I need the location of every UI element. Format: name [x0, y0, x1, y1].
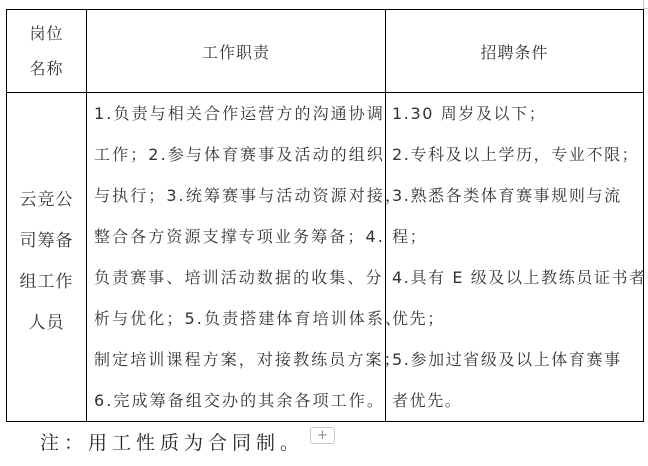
duties-line: 与执行；3.统筹赛事与活动资源对接，: [94, 175, 381, 216]
position-name-line: 云竞公: [7, 180, 86, 221]
position-name-line: 司筹备: [7, 221, 86, 262]
requirements-line: 程；: [392, 216, 639, 257]
header-position-line2: 名称: [29, 59, 63, 78]
position-name-line: 组工作: [7, 262, 86, 303]
requirements-line: 1.30 周岁及以下；: [392, 93, 639, 134]
table-header-row: 岗位 名称 工作职责 招聘条件: [7, 10, 644, 93]
table-row: 云竞公 司筹备 组工作 人员 1.负责与相关合作运营方的沟通协调 工作；2.参与…: [7, 93, 644, 422]
requirements-line: 4.具有 E 级及以上教练员证书者: [392, 257, 639, 298]
duties-line: 析与优化；5.负责搭建体育培训体系、: [94, 298, 381, 339]
header-requirements: 招聘条件: [386, 10, 644, 93]
requirements-line: 3.熟悉各类体育赛事规则与流: [392, 175, 639, 216]
job-table: 岗位 名称 工作职责 招聘条件 云竞公 司筹备 组工作 人员 1.负责与相关合作…: [6, 9, 644, 422]
add-row-button[interactable]: +: [310, 427, 335, 444]
duties-cell: 1.负责与相关合作运营方的沟通协调 工作；2.参与体育赛事及活动的组织 与执行；…: [87, 93, 386, 422]
requirements-line: 优先；: [392, 298, 639, 339]
requirements-line: 2.专科及以上学历，专业不限；: [392, 134, 639, 175]
requirements-line: 5.参加过省级及以上体育赛事: [392, 339, 639, 380]
requirements-cell: 1.30 周岁及以下； 2.专科及以上学历，专业不限； 3.熟悉各类体育赛事规则…: [386, 93, 644, 422]
position-name-cell: 云竞公 司筹备 组工作 人员: [7, 93, 87, 422]
position-name-line: 人员: [7, 303, 86, 344]
duties-line: 制定培训课程方案，对接教练员方案；: [94, 339, 381, 380]
employment-note: 注：用工性质为合同制。: [40, 428, 304, 455]
duties-line: 6.完成筹备组交办的其余各项工作。: [94, 380, 381, 421]
requirements-line: 者优先。: [392, 380, 639, 421]
plus-icon: +: [317, 429, 328, 442]
header-duties: 工作职责: [87, 10, 386, 93]
duties-line: 1.负责与相关合作运营方的沟通协调: [94, 93, 381, 134]
header-position-name: 岗位 名称: [7, 10, 87, 93]
header-position-line1: 岗位: [29, 24, 63, 43]
duties-line: 工作；2.参与体育赛事及活动的组织: [94, 134, 381, 175]
duties-line: 负责赛事、培训活动数据的收集、分: [94, 257, 381, 298]
duties-line: 整合各方资源支撑专项业务筹备；4.: [94, 216, 381, 257]
